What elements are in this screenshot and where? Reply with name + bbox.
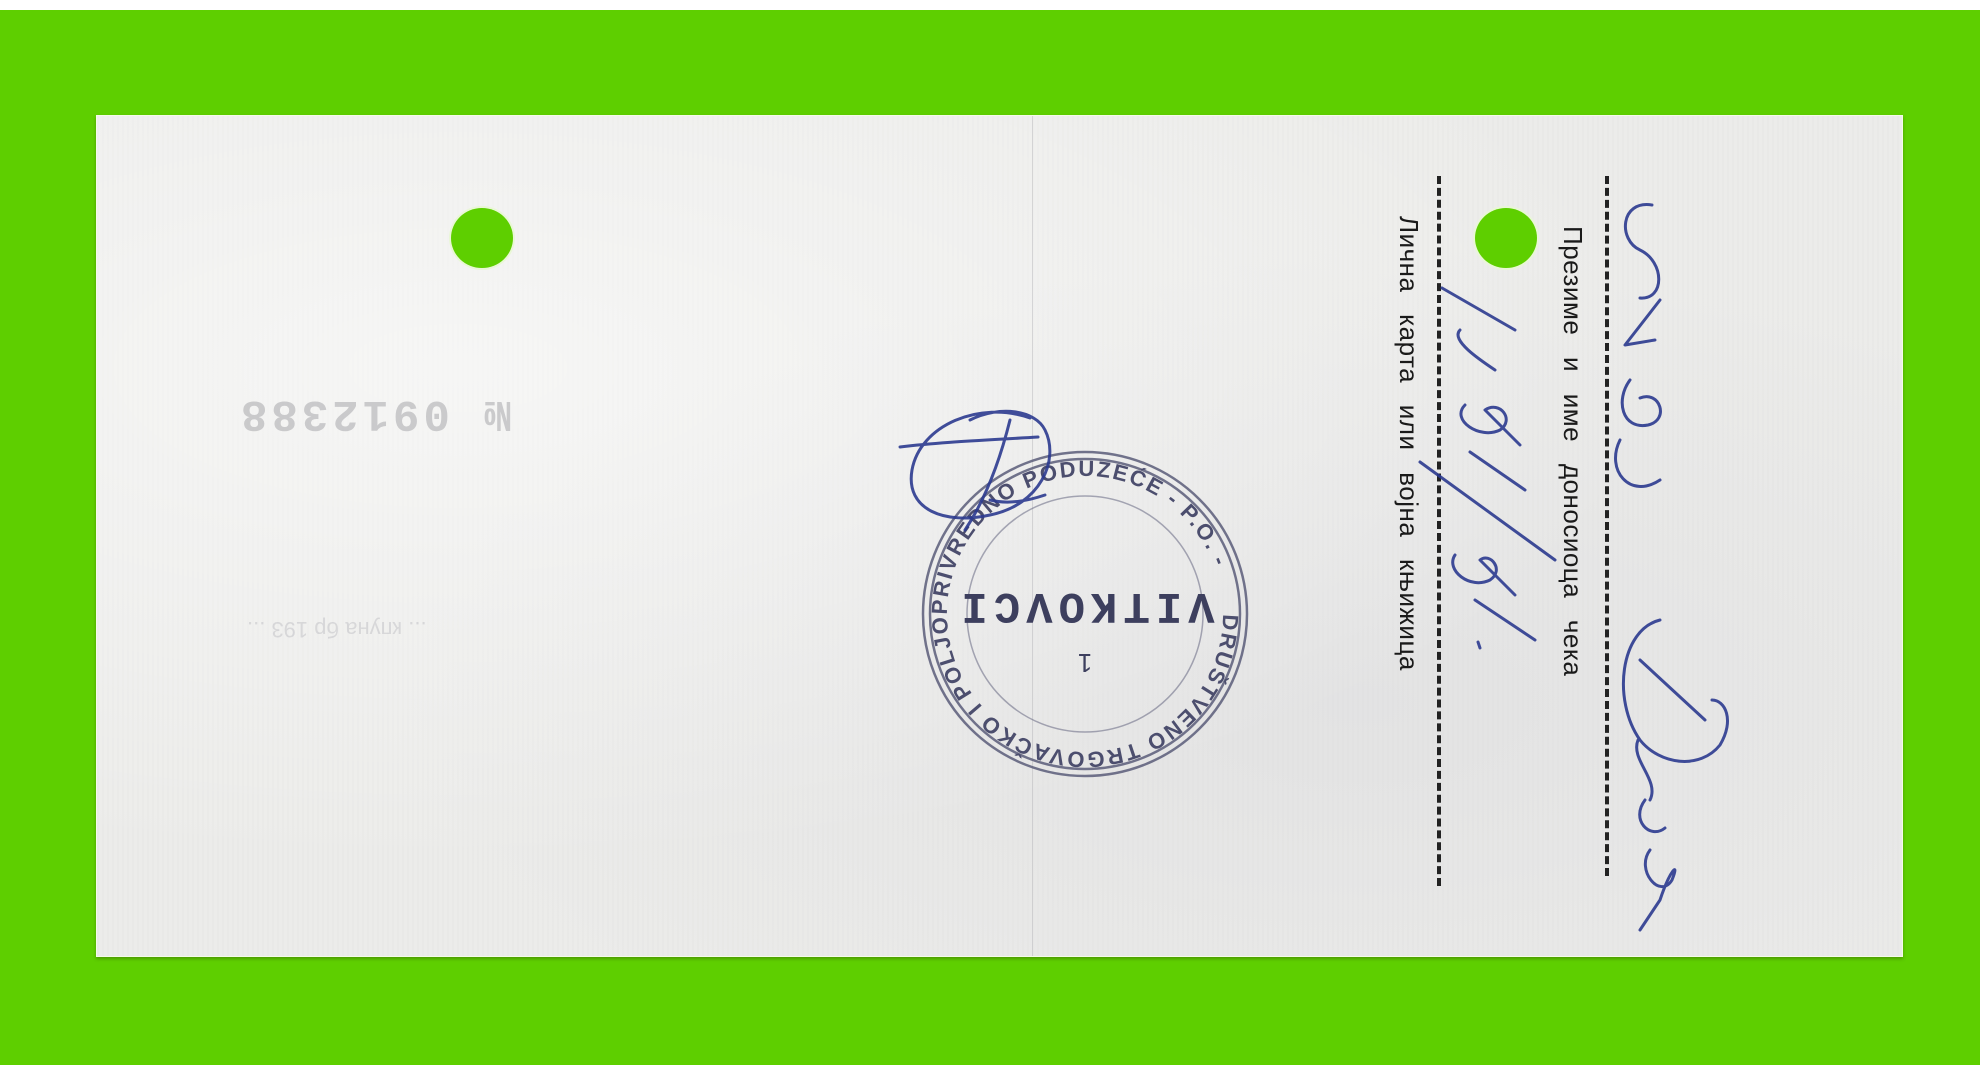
punch-hole-left [451,208,513,268]
faint-print-line: ... кпуна бр 193 ... [247,616,427,642]
bearer-name-label: Презиме и име доносиоца чека [1557,226,1588,676]
bearer-name-dashed-line [1605,176,1609,876]
id-document-label: Лична карта или војна књижица [1393,216,1424,671]
punch-hole-right [1475,208,1537,268]
svg-text:VITKOVCI: VITKOVCI [955,580,1214,630]
company-stamp: DRUŠTVENO TRGOVAČKO I POLJOPRIVREDNO POD… [905,434,1265,794]
id-document-dashed-line [1437,176,1441,886]
mirrored-serial-number: № 0912388 [237,388,511,438]
cheque-card: № 0912388 ... кпуна бр 193 ... Презиме и… [96,115,1903,957]
svg-text:1: 1 [1078,648,1092,678]
